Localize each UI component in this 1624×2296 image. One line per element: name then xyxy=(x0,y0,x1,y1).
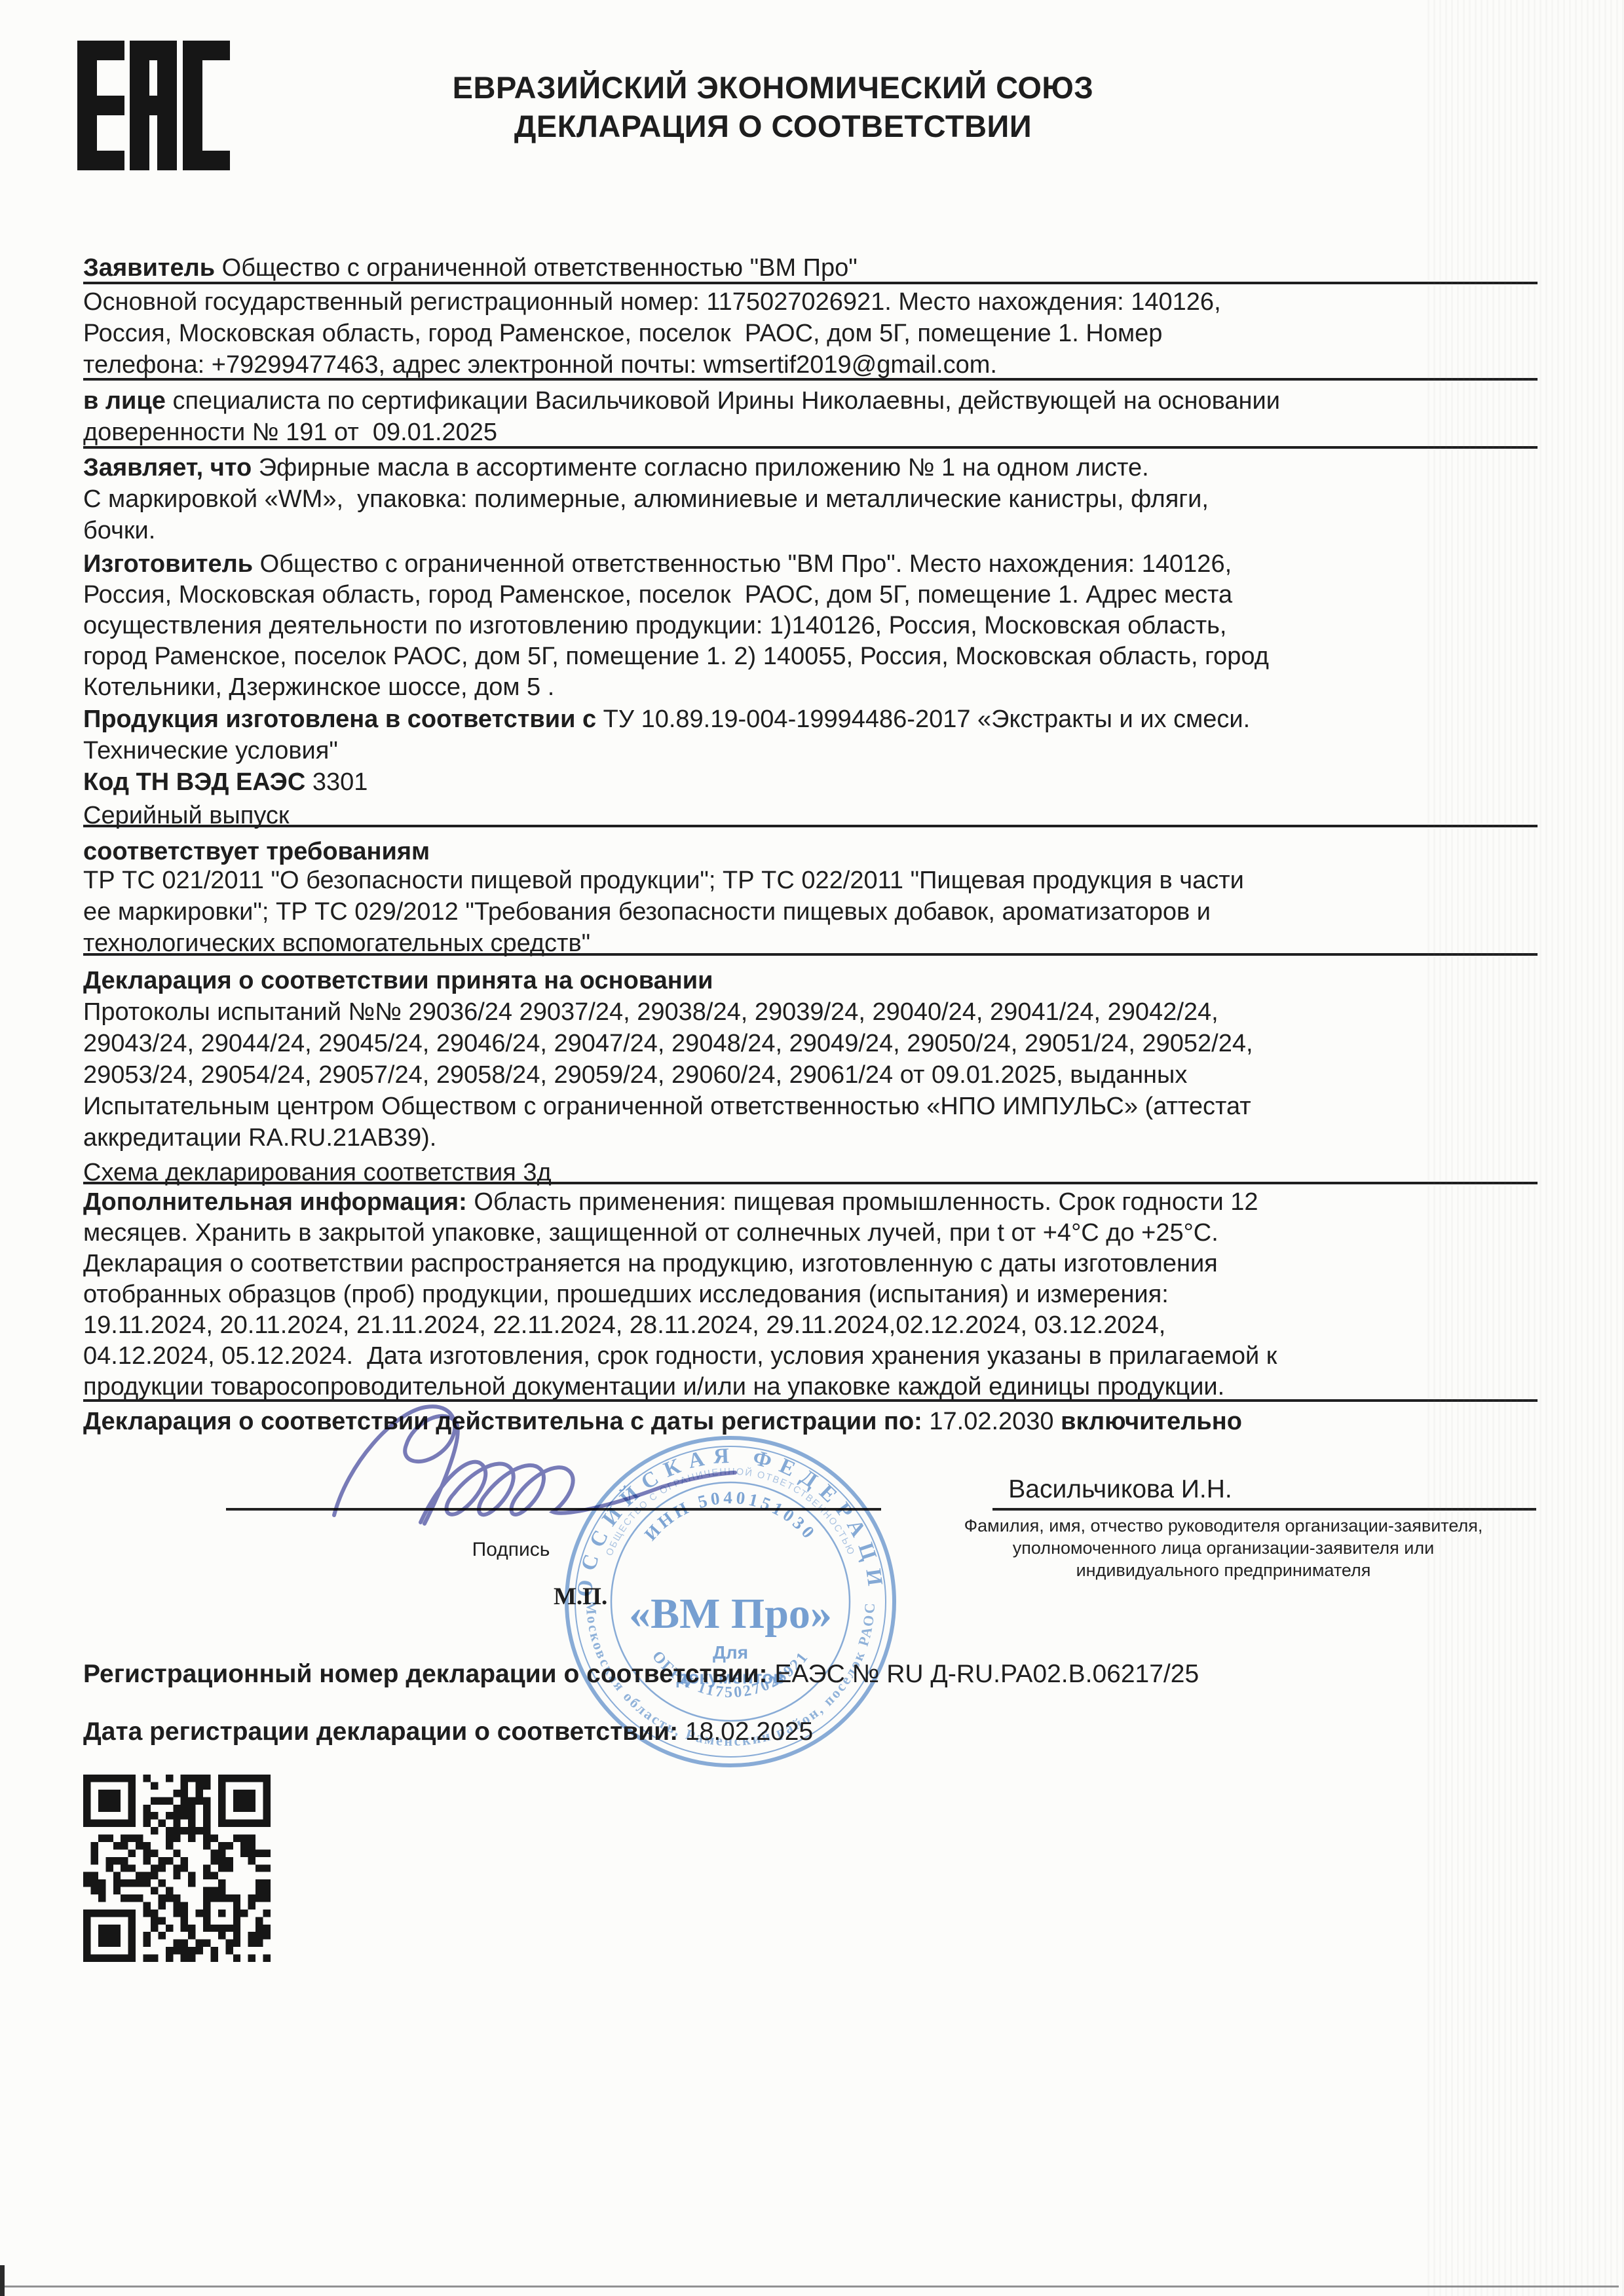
additional-section: Дополнительная информация: Область приме… xyxy=(83,1187,1538,1402)
scan-edge-mark xyxy=(0,2265,5,2296)
registration-date-value: 18.02.2025 xyxy=(678,1718,813,1746)
represented-value: специалиста по сертификации Васильчиково… xyxy=(83,387,1280,446)
svg-text:ИНН 5040151030: ИНН 5040151030 xyxy=(641,1488,820,1545)
rule-applicant xyxy=(83,282,1538,284)
title-union: ЕВРАЗИЙСКИЙ ЭКОНОМИЧЕСКИЙ СОЮЗ xyxy=(367,68,1179,107)
rule-scheme xyxy=(83,1182,1538,1184)
registration-number-label: Регистрационный номер декларации о соотв… xyxy=(83,1660,768,1688)
eac-conformity-mark-icon xyxy=(77,41,230,174)
stamp-ring-top-text: РОССИЙСКАЯ ФЕДЕРАЦИЯ xyxy=(560,1431,888,1598)
document-title: ЕВРАЗИЙСКИЙ ЭКОНОМИЧЕСКИЙ СОЮЗ ДЕКЛАРАЦИ… xyxy=(367,68,1179,145)
rule-complies xyxy=(83,953,1538,956)
basis-heading: Декларация о соответствии принята на осн… xyxy=(83,965,1538,996)
rule-details xyxy=(83,378,1538,381)
basis-text: Протоколы испытаний №№ 29036/24 29037/24… xyxy=(83,996,1538,1154)
qr-code xyxy=(83,1775,271,1962)
manufacturer-value: Общество с ограниченной ответственностью… xyxy=(83,550,1269,701)
signatory-name: Васильчикова И.Н. xyxy=(992,1475,1248,1504)
tnved-section: Код ТН ВЭД ЕАЭС 3301 xyxy=(83,766,1538,798)
applicant-label: Заявитель xyxy=(83,254,215,282)
applicant-value: Общество с ограниченной ответственностью… xyxy=(215,254,858,282)
applicant-section: Заявитель Общество с ограниченной ответс… xyxy=(83,252,1538,284)
additional-label: Дополнительная информация: xyxy=(83,1188,467,1216)
rule-serial xyxy=(83,825,1538,827)
additional-value: Область применения: пищевая промышленнос… xyxy=(83,1188,1277,1401)
manufacturer-section: Изготовитель Общество с ограниченной отв… xyxy=(83,549,1538,703)
tnved-label: Код ТН ВЭД ЕАЭС xyxy=(83,768,305,796)
declares-value: Эфирные масла в ассортименте согласно пр… xyxy=(83,454,1209,544)
scan-edge-line xyxy=(4,2286,1619,2287)
registration-number-line: Регистрационный номер декларации о соотв… xyxy=(83,1660,1199,1689)
manufacturer-label: Изготовитель xyxy=(83,550,253,578)
validity-suffix: включительно xyxy=(1061,1408,1242,1435)
declaration-document: ЕВРАЗИЙСКИЙ ЭКОНОМИЧЕСКИЙ СОЮЗ ДЕКЛАРАЦИ… xyxy=(0,0,1624,2296)
applicant-details: Основной государственный регистрационный… xyxy=(83,286,1538,381)
made-according-section: Продукция изготовлена в соответствии с Т… xyxy=(83,704,1538,766)
registration-date-label: Дата регистрации декларации о соответств… xyxy=(83,1718,678,1746)
registration-date-line: Дата регистрации декларации о соответств… xyxy=(83,1718,813,1746)
rule-represented xyxy=(83,446,1538,449)
tnved-value: 3301 xyxy=(305,768,368,796)
svg-text:РОССИЙСКАЯ ФЕДЕРАЦИЯ: РОССИЙСКАЯ ФЕДЕРАЦИЯ xyxy=(560,1431,888,1598)
declares-section: Заявляет, что Эфирные масла в ассортимен… xyxy=(83,452,1538,546)
stamp-org-name: «ВМ Про» xyxy=(629,1590,832,1638)
registration-number-value: ЕАЭС № RU Д-RU.РА02.В.06217/25 xyxy=(768,1660,1199,1688)
complies-text: ТР ТС 021/2011 "О безопасности пищевой п… xyxy=(83,865,1538,959)
title-declaration: ДЕКЛАРАЦИЯ О СООТВЕТСТВИИ xyxy=(367,107,1179,145)
name-line xyxy=(992,1508,1536,1511)
signatory-caption: Фамилия, имя, отчество руководителя орга… xyxy=(914,1515,1533,1581)
stamp-inn-text: ИНН 5040151030 xyxy=(641,1488,820,1545)
complies-heading: соответствует требованиям xyxy=(83,836,1538,867)
made-according-label: Продукция изготовлена в соответствии с xyxy=(83,706,596,733)
represented-label: в лице xyxy=(83,387,166,415)
represented-section: в лице специалиста по сертификации Васил… xyxy=(83,385,1538,448)
declares-label: Заявляет, что xyxy=(83,454,252,481)
validity-date: 17.02.2030 xyxy=(922,1408,1061,1435)
